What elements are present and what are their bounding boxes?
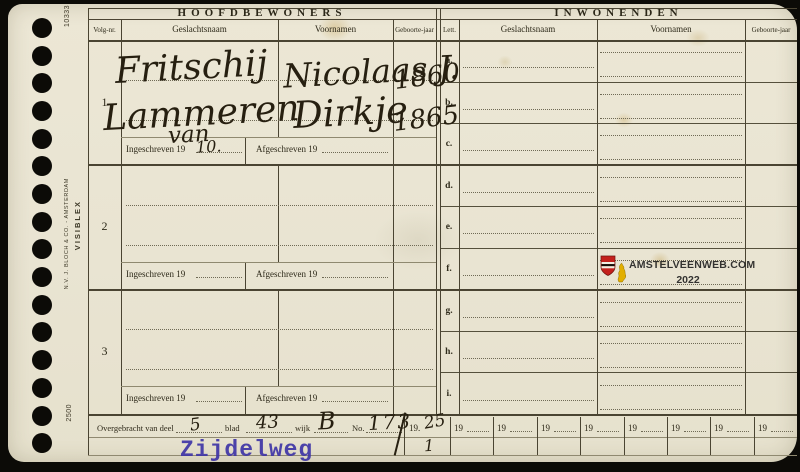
writing-line [600, 409, 742, 410]
grid-line [754, 417, 755, 455]
grid-line [440, 206, 797, 207]
writing-line [600, 201, 742, 202]
afgeschreven-label: Afgeschreven 19 [256, 269, 317, 279]
section-title-inwonenden: INWONENDEN [440, 7, 797, 19]
fill-in-line [727, 431, 749, 432]
writing-line [600, 76, 742, 77]
writing-line [463, 275, 594, 276]
grid-line [440, 331, 797, 332]
fill-in-line [322, 401, 388, 402]
punch-hole [32, 73, 52, 93]
fill-in-line [641, 431, 663, 432]
letter-row-label: f. [440, 248, 458, 289]
printer-brand-name: VISIBLEX [73, 200, 82, 250]
year-cell-label: 19 [497, 423, 506, 433]
writing-line [600, 94, 742, 95]
writing-line [600, 159, 742, 160]
writing-line [600, 302, 742, 303]
writing-line [600, 367, 742, 368]
year-cell-label: 19 [628, 423, 637, 433]
blad-label: blad [225, 423, 240, 433]
writing-line [600, 218, 742, 219]
grid-line [624, 417, 625, 455]
letter-row-label: d. [440, 165, 458, 206]
row-number: 3 [88, 289, 121, 414]
watermark-site: AMSTELVEENWEB.COM [629, 259, 755, 271]
grid-line [440, 123, 797, 124]
punch-hole [32, 46, 52, 66]
writing-line [600, 118, 742, 119]
punch-hole [32, 101, 52, 121]
column-header-volgnr: Volg-nr. [88, 20, 121, 40]
fill-in-line [597, 431, 619, 432]
grid-line [245, 262, 246, 289]
grid-line [537, 417, 538, 455]
scanned-register-card-photo: 10333 VISIBLEX N.V. J. BLOCH & CO. - AMS… [0, 0, 800, 472]
year-cell-label: 19 [584, 423, 593, 433]
handwritten-note: 1 [424, 438, 435, 455]
punch-hole [32, 18, 52, 38]
column-header-lett: Lett. [440, 20, 459, 40]
grid-line [745, 19, 746, 414]
punch-hole [32, 184, 52, 204]
wijk-label: wijk [295, 423, 310, 433]
punch-hole [32, 129, 52, 149]
writing-line [463, 400, 594, 401]
fill-in-line [322, 277, 388, 278]
no-label: No. [352, 423, 365, 433]
writing-line [600, 385, 742, 386]
writing-line [126, 205, 433, 206]
grid-line [450, 417, 451, 455]
writing-line [463, 233, 594, 234]
grid-line [121, 262, 436, 263]
afgeschreven-label: Afgeschreven 19 [256, 393, 317, 403]
letter-row-label: b. [440, 82, 458, 123]
amstelveen-crest-icon [600, 255, 626, 287]
letter-row-label: a. [440, 40, 458, 81]
column-header-birthyear: Geboorte-jaar [745, 20, 797, 40]
letter-row-label: g. [440, 290, 458, 331]
punch-hole [32, 322, 52, 342]
year-cell-label: 19 [758, 423, 767, 433]
handwritten-transfer-year: 25 [423, 412, 447, 432]
watermark-year: 2022 [629, 274, 747, 286]
grid-line [121, 386, 436, 387]
fill-in-line [771, 431, 793, 432]
writing-line [600, 326, 742, 327]
grid-line [667, 417, 668, 455]
letter-row-label: e. [440, 206, 458, 247]
writing-line [126, 369, 433, 370]
letter-row-label: i. [440, 373, 458, 414]
year-cell-label: 19 [671, 423, 680, 433]
writing-line [463, 192, 594, 193]
fill-in-line [467, 431, 489, 432]
year-cell-label: 19 [714, 423, 723, 433]
letter-row-label: c. [440, 123, 458, 164]
writing-line [463, 67, 594, 68]
column-header-surname: Geslachtsnaam [459, 20, 597, 40]
handwritten-deel: 5 [189, 416, 202, 434]
grid-line [710, 417, 711, 455]
punch-hole [32, 433, 52, 453]
grid-line [597, 19, 598, 414]
writing-line [600, 343, 742, 344]
year-cell-label: 19 [541, 423, 550, 433]
fill-in-line [554, 431, 576, 432]
writing-line [600, 242, 742, 243]
punch-hole [32, 239, 52, 259]
punch-hole [32, 156, 52, 176]
column-header-surname: Geslachtsnaam [121, 20, 278, 40]
grid-line [440, 248, 797, 249]
serial-number-top: 10333 [64, 5, 71, 27]
section-title-hoofdbewoners: HOOFDBEWONERS [88, 7, 436, 19]
writing-line [600, 177, 742, 178]
letter-row-label: h. [440, 331, 458, 372]
punch-hole [32, 406, 52, 426]
fill-in-line [196, 277, 242, 278]
afgeschreven-label: Afgeschreven 19 [256, 144, 317, 154]
grid-line [440, 82, 797, 83]
fill-in-line [684, 431, 706, 432]
fill-in-line [196, 401, 242, 402]
column-header-firstnames: Voornamen [278, 20, 393, 40]
column-header-firstnames: Voornamen [597, 20, 745, 40]
punch-hole [32, 350, 52, 370]
punch-hole [32, 212, 52, 232]
writing-line [463, 358, 594, 359]
writing-line [126, 245, 433, 246]
street-name-stamp: Zijdelweg [180, 437, 313, 463]
grid-line [440, 372, 797, 373]
writing-line [126, 329, 433, 330]
ingeschreven-label: Ingeschreven 19 [126, 393, 185, 403]
grid-line [278, 164, 279, 262]
overgebracht-label: Overgebracht van deel [97, 423, 174, 433]
serial-number-bottom: 2500 [66, 404, 73, 422]
handwritten-wijk: B [317, 409, 336, 434]
ingeschreven-label: Ingeschreven 19 [126, 269, 185, 279]
grid-line [245, 386, 246, 414]
grid-line [580, 417, 581, 455]
printer-company-line: N.V. J. BLOCH & CO. - AMSTERDAM [64, 178, 70, 289]
year-prefix-label: 19. [409, 423, 420, 433]
grid-line [245, 137, 246, 164]
punch-hole [32, 295, 52, 315]
writing-line [463, 317, 594, 318]
punch-hole [32, 267, 52, 287]
writing-line [463, 109, 594, 110]
writing-line [463, 150, 594, 151]
fill-in-line [322, 152, 388, 153]
grid-line [493, 417, 494, 455]
fill-in-line [510, 431, 532, 432]
punch-hole [32, 378, 52, 398]
row-number: 2 [88, 164, 121, 289]
handwritten-ingeschreven-year: 10. [196, 138, 222, 155]
column-header-birthyear: Geboorte-jaar [393, 20, 436, 40]
handwritten-blad: 43 [256, 413, 280, 432]
watermark: AMSTELVEENWEB.COM 2022 [600, 251, 760, 297]
handwritten-surname: Fritschij [114, 46, 268, 90]
writing-line [600, 135, 742, 136]
writing-line [600, 52, 742, 53]
year-cell-label: 19 [454, 423, 463, 433]
grid-line [278, 289, 279, 386]
